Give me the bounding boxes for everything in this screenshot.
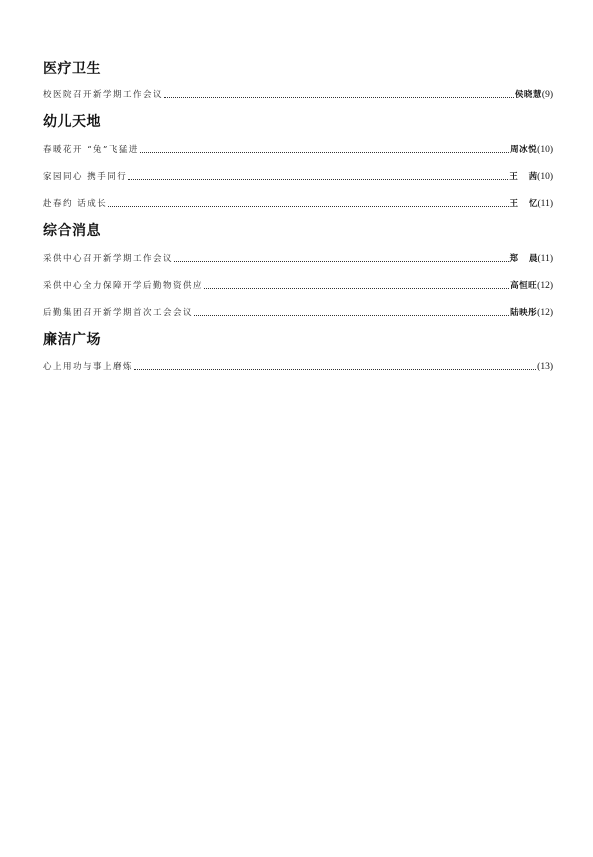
entry-author: 郑 晨 xyxy=(510,253,538,265)
entry-title: 采供中心召开新学期工作会议 xyxy=(43,253,173,265)
entry-page-number: (9) xyxy=(542,89,553,101)
section-heading-medical: 医疗卫生 xyxy=(43,60,101,78)
entry-title: 春暖花开 “兔”飞猛进 xyxy=(43,144,139,156)
entry-title: 赴春约 话成长 xyxy=(43,198,107,210)
entry-author: 周冰悦 xyxy=(510,144,537,156)
dot-leader xyxy=(134,361,536,373)
dot-leader xyxy=(128,171,508,183)
entry-title: 家园同心 携手同行 xyxy=(43,171,127,183)
entry-author: 高恒旺 xyxy=(510,280,537,292)
toc-entry[interactable]: 后勤集团召开新学期首次工会会议 陆映彤 (12) xyxy=(43,305,553,319)
entry-page-number: (10) xyxy=(537,144,553,156)
section-heading-kindergarten: 幼儿天地 xyxy=(43,113,101,131)
section-heading-general-news: 综合消息 xyxy=(43,222,101,240)
dot-leader xyxy=(194,307,509,319)
toc-entry[interactable]: 校医院召开新学期工作会议 侯晓慧 (9) xyxy=(43,87,553,101)
dot-leader xyxy=(174,253,509,265)
entry-page-number: (12) xyxy=(537,280,553,292)
section-heading-integrity: 廉洁广场 xyxy=(43,331,101,349)
dot-leader xyxy=(164,89,514,101)
entry-page-number: (13) xyxy=(537,361,553,373)
toc-entry[interactable]: 采供中心召开新学期工作会议 郑 晨 (11) xyxy=(43,251,553,265)
entry-page-number: (11) xyxy=(538,253,553,265)
dot-leader xyxy=(140,144,509,156)
entry-title: 采供中心全力保障开学后勤物资供应 xyxy=(43,280,203,292)
entry-author: 王 忆 xyxy=(510,198,538,210)
entry-page-number: (11) xyxy=(538,198,553,210)
toc-entry[interactable]: 春暖花开 “兔”飞猛进 周冰悦 (10) xyxy=(43,142,553,156)
toc-entry[interactable]: 心上用功与事上磨炼 (13) xyxy=(43,359,553,373)
entry-page-number: (12) xyxy=(537,307,553,319)
entry-author: 侯晓慧 xyxy=(515,89,542,101)
entry-title: 心上用功与事上磨炼 xyxy=(43,361,133,373)
entry-title: 后勤集团召开新学期首次工会会议 xyxy=(43,307,193,319)
entry-page-number: (10) xyxy=(537,171,553,183)
dot-leader xyxy=(108,198,508,210)
entry-author: 王 茜 xyxy=(509,171,537,183)
entry-title: 校医院召开新学期工作会议 xyxy=(43,89,163,101)
entry-author: 陆映彤 xyxy=(510,307,537,319)
dot-leader xyxy=(204,280,509,292)
toc-entry[interactable]: 采供中心全力保障开学后勤物资供应 高恒旺 (12) xyxy=(43,278,553,292)
toc-entry[interactable]: 家园同心 携手同行 王 茜 (10) xyxy=(43,169,553,183)
table-of-contents-page: 医疗卫生 校医院召开新学期工作会议 侯晓慧 (9) 幼儿天地 春暖花开 “兔”飞… xyxy=(0,0,593,857)
toc-entry[interactable]: 赴春约 话成长 王 忆 (11) xyxy=(43,196,553,210)
